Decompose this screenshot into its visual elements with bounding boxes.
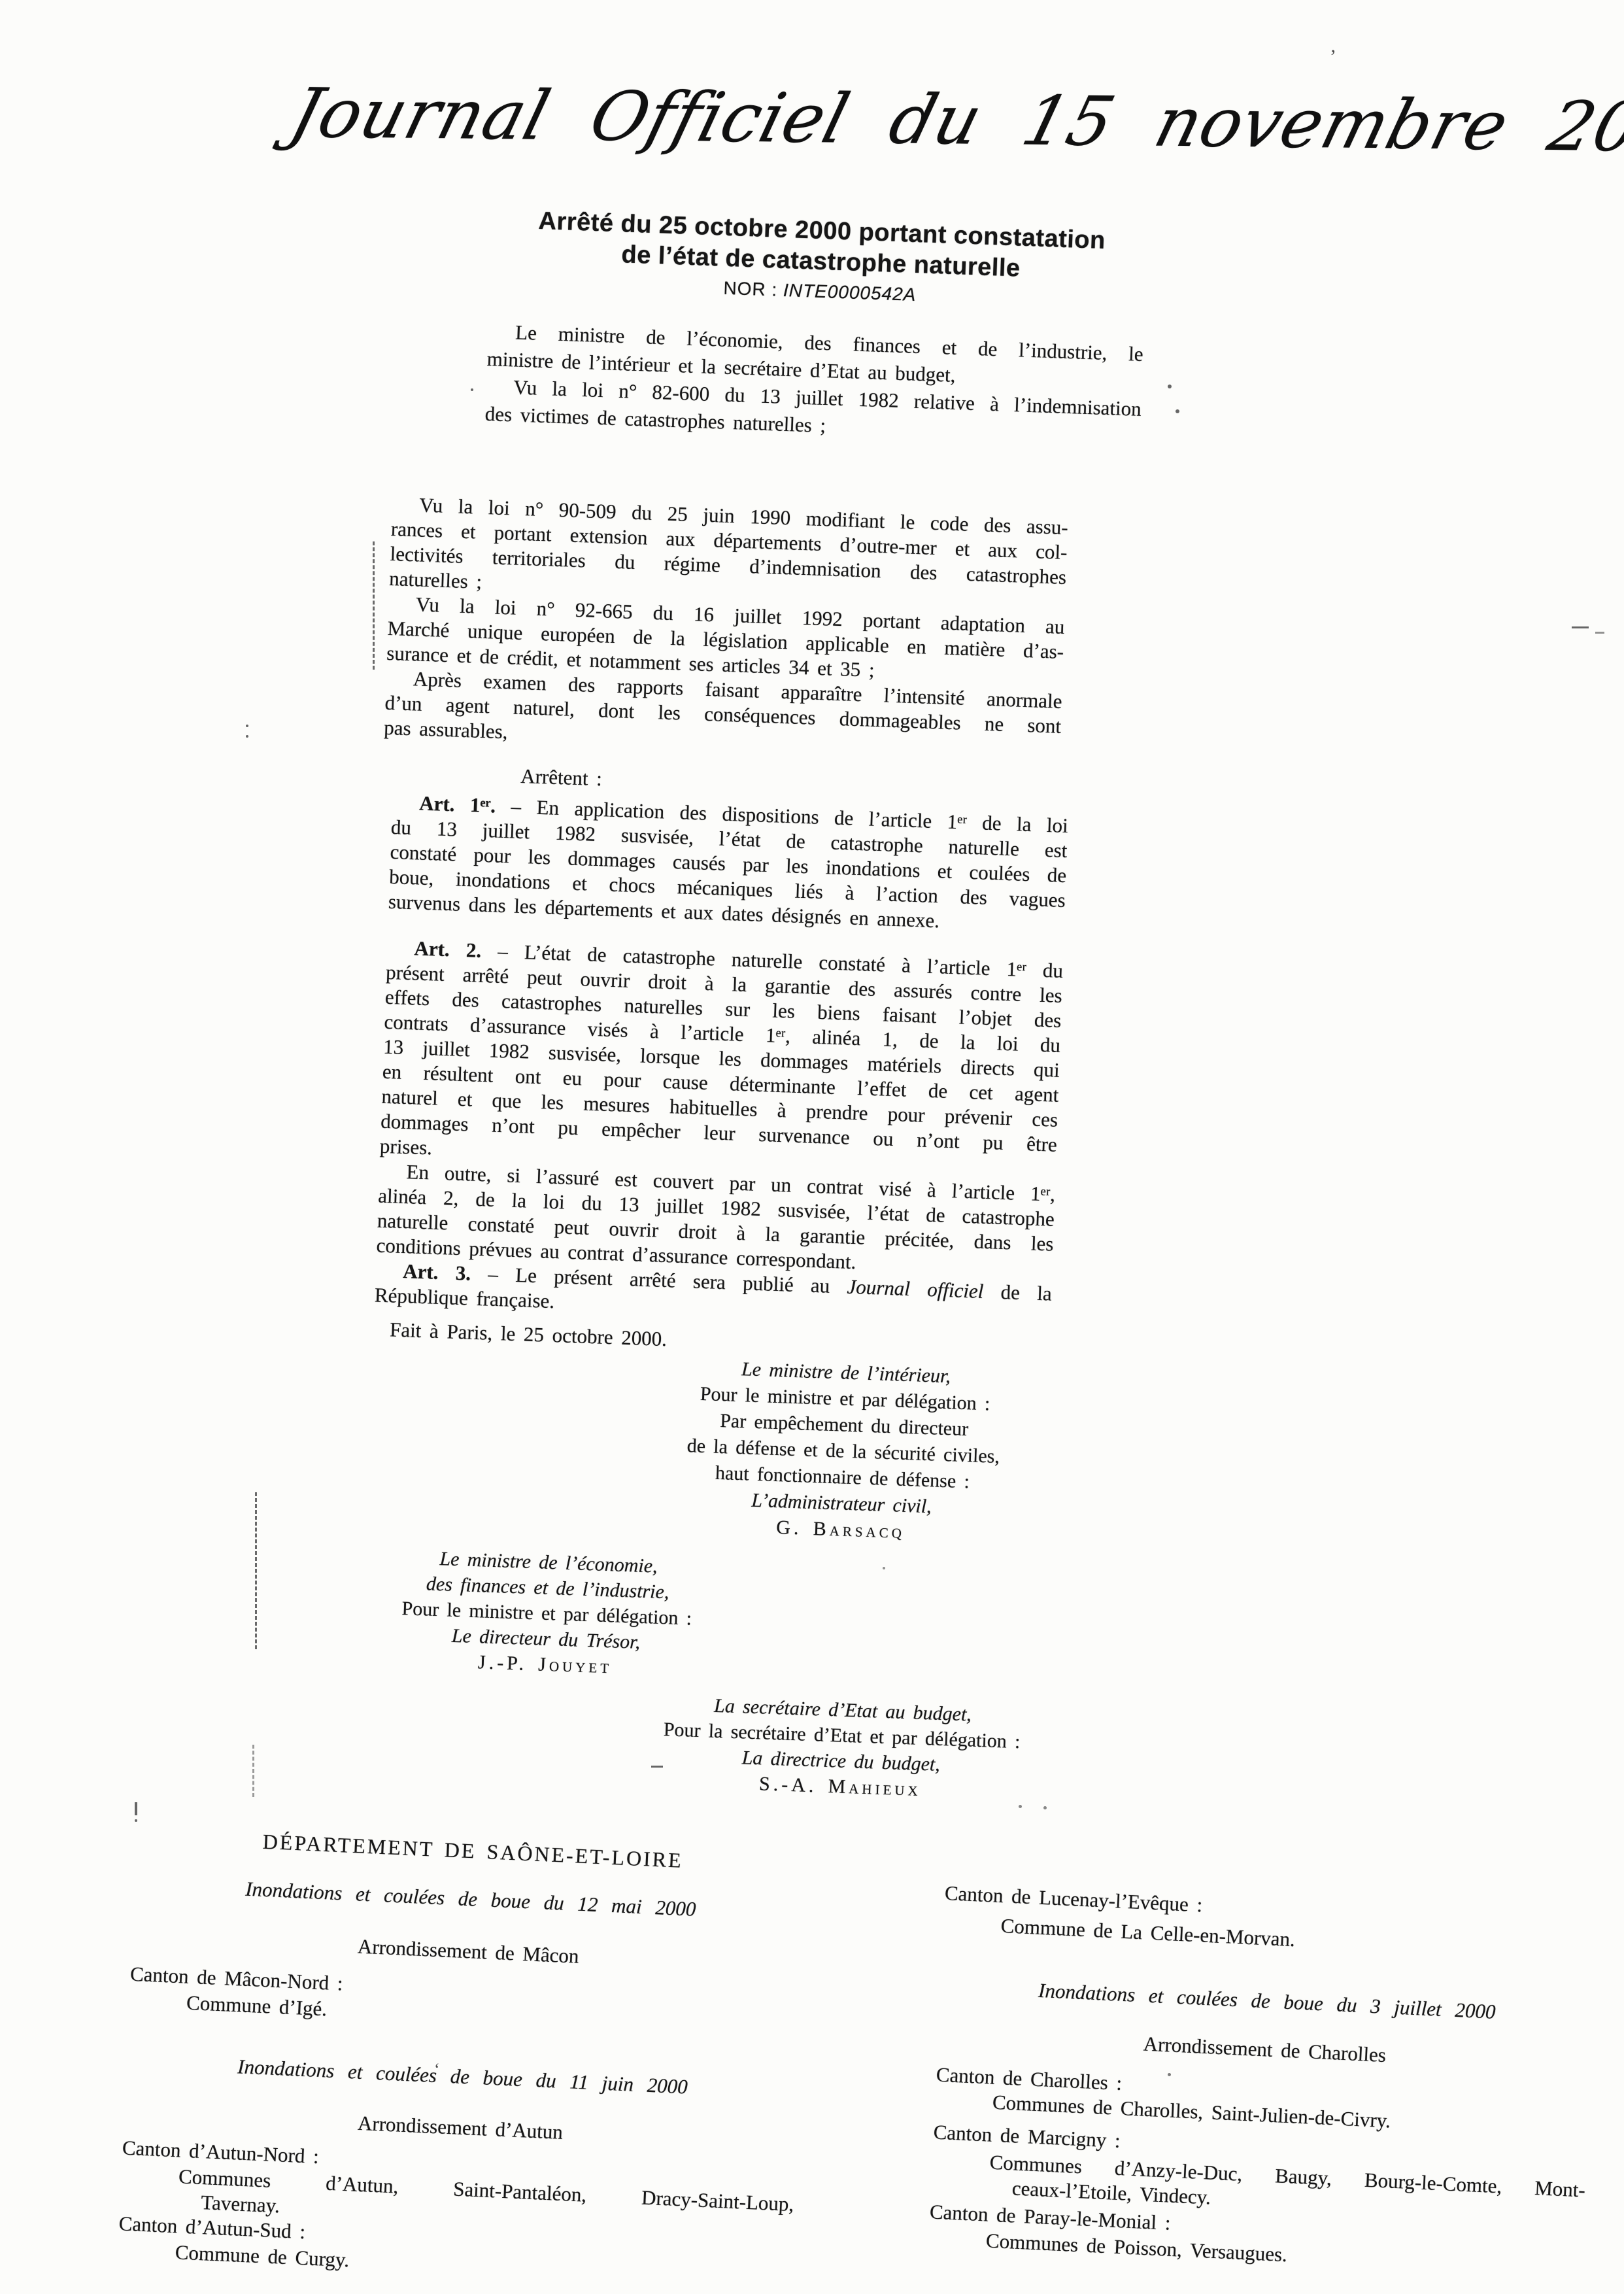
annex-line: Inondations et coulées de boue du 12 mai… — [134, 1872, 808, 1927]
articles-block: Art. 1ᵉʳ. – En application des dispositi… — [373, 790, 1069, 1365]
signature-block-economie: Le ministre de l’économie,des finances e… — [283, 1541, 810, 1686]
annex-line: Inondations et coulées de boue du 3 juil… — [940, 1974, 1595, 2029]
ink-speck — [1595, 632, 1604, 634]
article-1-paragraph: Art. 1ᵉʳ. – En application des dispositi… — [388, 790, 1068, 938]
ink-speck — [135, 1802, 137, 1815]
preamble-paragraphs: Le ministre de l’économie, des finances … — [484, 318, 1143, 451]
ink-speck — [1043, 1806, 1047, 1809]
margin-dash-line — [373, 541, 375, 670]
signature-block-interieur: Le ministre de l’intérieur,Pour le minis… — [546, 1350, 1140, 1553]
nor-value: INTE0000542A — [783, 280, 917, 305]
margin-dash-line — [255, 1492, 257, 1649]
nor-label: NOR : — [723, 278, 778, 300]
ink-speck — [883, 1567, 885, 1569]
annex-line: DÉPARTEMENT DE SAÔNE-ET-LOIRE — [136, 1823, 810, 1879]
annex-right-column: Canton de Lucenay-l’Evêque :Commune de L… — [928, 1881, 1599, 2281]
recital-paragraphs: Vu la loi n° 90-509 du 25 juin 1990 modi… — [384, 492, 1069, 764]
ink-speck — [135, 1819, 137, 1822]
article-2-paragraph: Art. 2. – L’état de catastrophe naturell… — [379, 935, 1063, 1182]
ink-speck — [1176, 409, 1179, 413]
annex-left-column: DÉPARTEMENT DE SAÔNE-ET-LOIREInondations… — [117, 1818, 810, 2293]
margin-dash-line — [252, 1745, 254, 1797]
ink-speck — [471, 388, 473, 391]
ink-speck — [1168, 385, 1172, 388]
ink-speck — [651, 1766, 663, 1768]
ink-speck — [246, 725, 248, 727]
ink-speck — [1168, 2073, 1171, 2076]
decree-title-block: Arrêté du 25 octobre 2000 portant consta… — [428, 202, 1215, 317]
handwritten-title: Journal Officiel du 15 novembre 2000 — [273, 58, 1602, 201]
ink-speck — [1572, 626, 1589, 628]
ink-speck — [1019, 1805, 1022, 1808]
ink-speck: ’ — [1330, 46, 1336, 68]
ink-speck — [246, 735, 248, 738]
signature-block-budget: La secrétaire d’Etat au budget,Pour la s… — [546, 1687, 1138, 1809]
ink-speck: ‘ — [434, 2060, 440, 2080]
annex-line: Inondations et coulées de boue du 11 jui… — [126, 2049, 800, 2105]
scanned-document-page: Journal Officiel du 15 novembre 2000 Arr… — [0, 0, 1624, 2294]
